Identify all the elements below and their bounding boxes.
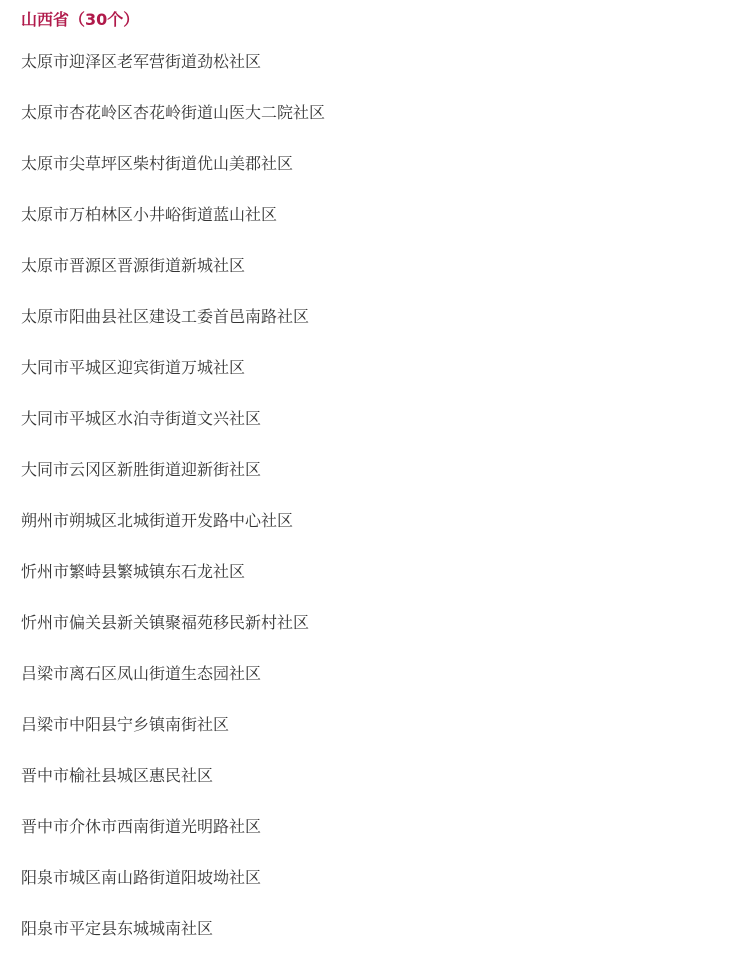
list-item: 大同市平城区水泊寺街道文兴社区	[21, 408, 730, 430]
list-item: 太原市杏花岭区杏花岭街道山医大二院社区	[21, 102, 730, 124]
list-item: 阳泉市平定县东城城南社区	[21, 918, 730, 940]
list-item: 吕梁市中阳县宁乡镇南街社区	[21, 714, 730, 736]
list-item: 阳泉市城区南山路街道阳坡坳社区	[21, 867, 730, 889]
list-item: 朔州市朔城区北城街道开发路中心社区	[21, 510, 730, 532]
list-item: 太原市尖草坪区柴村街道优山美郡社区	[21, 153, 730, 175]
list-item: 太原市万柏林区小井峪街道蓝山社区	[21, 204, 730, 226]
list-item: 吕梁市离石区凤山街道生态园社区	[21, 663, 730, 685]
list-item: 太原市阳曲县社区建设工委首邑南路社区	[21, 306, 730, 328]
article-content: 山西省（30个） 太原市迎泽区老军营街道劲松社区 太原市杏花岭区杏花岭街道山医大…	[0, 0, 730, 940]
list-item: 晋中市榆社县城区惠民社区	[21, 765, 730, 787]
list-item: 忻州市繁峙县繁城镇东石龙社区	[21, 561, 730, 583]
list-item: 太原市晋源区晋源街道新城社区	[21, 255, 730, 277]
community-list: 太原市迎泽区老军营街道劲松社区 太原市杏花岭区杏花岭街道山医大二院社区 太原市尖…	[21, 51, 730, 940]
province-heading: 山西省（30个）	[21, 9, 730, 31]
list-item: 大同市云冈区新胜街道迎新街社区	[21, 459, 730, 481]
list-item: 太原市迎泽区老军营街道劲松社区	[21, 51, 730, 73]
list-item: 忻州市偏关县新关镇聚福苑移民新村社区	[21, 612, 730, 634]
list-item: 大同市平城区迎宾街道万城社区	[21, 357, 730, 379]
list-item: 晋中市介休市西南街道光明路社区	[21, 816, 730, 838]
